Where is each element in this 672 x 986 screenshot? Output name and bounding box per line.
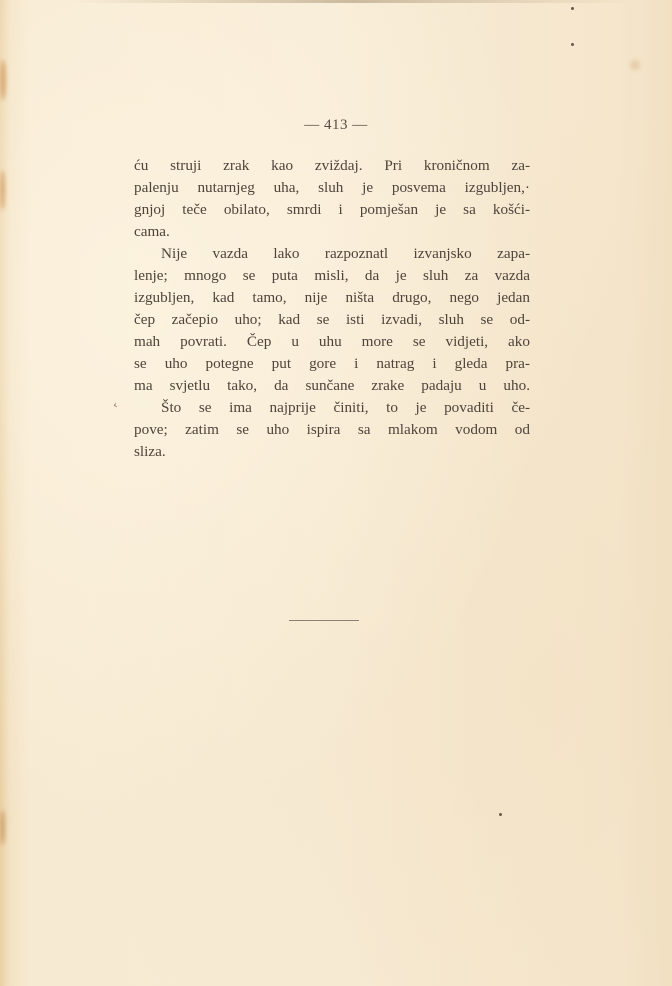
paragraph-3: Što se ima najprije činiti, to je povadi… xyxy=(134,397,530,463)
foxing-stain xyxy=(0,810,5,845)
page-top-shadow xyxy=(70,0,630,3)
text-line: gnjoj teče obilato, smrdi i pomješan je … xyxy=(134,199,530,221)
text-line: se uho potegne put gore i natrag i gleda… xyxy=(134,353,530,375)
text-line: sliza. xyxy=(134,441,530,463)
text-line: mah povrati. Čep u uhu more se vidjeti, … xyxy=(134,331,530,353)
paragraph-1: ću struji zrak kao zviždaj. Pri kronično… xyxy=(134,155,530,243)
text-line: lenje; mnogo se puta misli, da je sluh z… xyxy=(134,265,530,287)
body-text: ću struji zrak kao zviždaj. Pri kronično… xyxy=(134,155,530,463)
section-divider xyxy=(289,620,359,621)
scanned-page xyxy=(0,0,672,986)
text-line: čep začepio uho; kad se isti izvadi, slu… xyxy=(134,309,530,331)
text-line: palenju nutarnjeg uha, sluh je posvema i… xyxy=(134,177,530,199)
text-line: Nije vazda lako razpoznatl izvanjsko zap… xyxy=(134,243,530,265)
foxing-stain xyxy=(630,60,640,70)
paragraph-2: Nije vazda lako razpoznatl izvanjsko zap… xyxy=(134,243,530,397)
paper-speck xyxy=(571,7,574,10)
text-line: pove; zatim se uho ispira sa mlakom vodo… xyxy=(134,419,530,441)
foxing-stain xyxy=(0,170,5,210)
text-line: izgubljen, kad tamo, nije ništa drugo, n… xyxy=(134,287,530,309)
text-line: ću struji zrak kao zviždaj. Pri kronično… xyxy=(134,155,530,177)
text-line: ma svjetlu tako, da sunčane zrake padaju… xyxy=(134,375,530,397)
paper-speck xyxy=(571,43,574,46)
text-line: Što se ima najprije činiti, to je povadi… xyxy=(134,397,530,419)
paper-speck xyxy=(499,813,502,816)
page-header: — 413 — xyxy=(0,117,672,134)
text-line: cama. xyxy=(134,221,530,243)
foxing-stain xyxy=(0,60,6,100)
